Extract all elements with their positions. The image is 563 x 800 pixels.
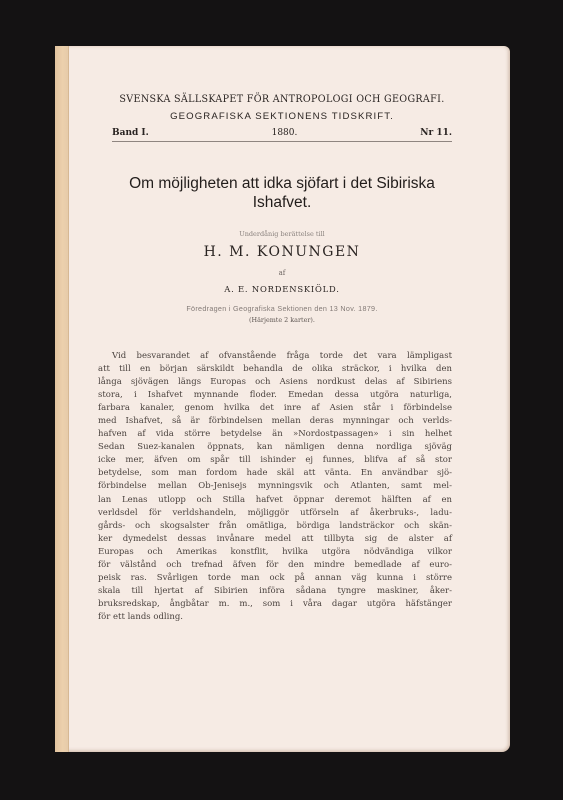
year-label: 1880.: [272, 128, 298, 138]
body-line: för välstånd och trefnad äfven för den m…: [98, 559, 452, 572]
body-line: skala till hjertat af Sibirien införa så…: [98, 585, 452, 598]
body-line: för ett lands odling.: [98, 611, 452, 624]
by-label: af: [112, 269, 452, 277]
body-paragraph: Vid besvarandet af ofvanstående fråga to…: [98, 350, 452, 624]
document-page: SVENSKA SÄLLSKAPET FÖR ANTROPOLOGI OCH G…: [55, 46, 510, 752]
society-heading: SVENSKA SÄLLSKAPET FÖR ANTROPOLOGI OCH G…: [116, 93, 447, 105]
body-line: farbara kanaler, genom hvilka det inre a…: [98, 402, 452, 415]
report-note: Underdånig berättelse till: [112, 230, 452, 238]
body-line: bruksredskap, ångbåtar m. m., som i våra…: [98, 598, 452, 611]
body-line: lan Lenas utlopp och Stilla hafvet öppna…: [98, 494, 452, 507]
body-line: stora, i Ishafvet mynnande floder. Emeda…: [98, 389, 452, 402]
volume-label: Band I.: [112, 128, 149, 138]
body-line: peisk ras. Svårligen torde man ock på an…: [98, 572, 452, 585]
body-line: verldsdel för verldshandeln, möjliggör u…: [98, 507, 452, 520]
body-line: med Ishafvet, så är förbindelsen mellan …: [98, 415, 452, 428]
title-line-2: Ishafvet.: [112, 193, 452, 212]
body-line: att till en början särskildt behandla de…: [98, 363, 452, 376]
title-line-1: Om möjligheten att idka sjöfart i det Si…: [112, 174, 452, 193]
recipient: H. M. KONUNGEN: [112, 244, 452, 260]
body-line: ker dymedelst dessas invånare medel att …: [98, 533, 452, 546]
body-line: Sedan Suez-kanalen öppnats, kan nämligen…: [98, 441, 452, 454]
body-line: Europas och Amerikas konstflit, hvilka u…: [98, 546, 452, 559]
maps-note: (Härjemte 2 karter).: [112, 316, 452, 324]
paper-spine-edge: [55, 46, 69, 752]
article-title: Om möjligheten att idka sjöfart i det Si…: [112, 174, 452, 212]
author-name: A. E. NORDENSKIÖLD.: [112, 284, 452, 294]
body-line: gårds- och skogsalster från omätliga, bö…: [98, 520, 452, 533]
body-line: Vid besvarandet af ofvanstående fråga to…: [98, 350, 452, 363]
presentation-note: Föredragen i Geografiska Sektionen den 1…: [112, 304, 452, 313]
body-line: betydelse, som man fordom hade skäl att …: [98, 467, 452, 480]
body-line: förbindelse mellan Ob-Jenisejs mynningsv…: [98, 480, 452, 493]
issue-number: Nr 11.: [420, 128, 452, 138]
body-line: hafven af vida större betydelse än »Nord…: [98, 428, 452, 441]
page-content: SVENSKA SÄLLSKAPET FÖR ANTROPOLOGI OCH G…: [112, 93, 452, 624]
body-line: långa sjövägen längs Europas och Asiens …: [98, 376, 452, 389]
journal-heading: GEOGRAFISKA SEKTIONENS TIDSKRIFT.: [112, 111, 452, 122]
issue-info-row: Band I. 1880. Nr 11.: [112, 128, 452, 142]
body-line: icke mer, äfven om spår till ishinder ej…: [98, 454, 452, 467]
